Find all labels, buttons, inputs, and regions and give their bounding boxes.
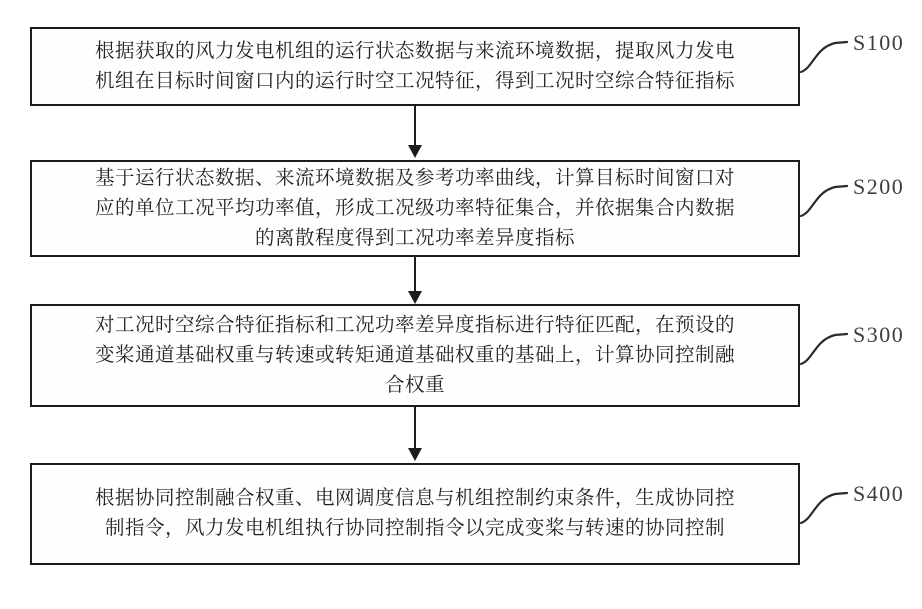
step-label-s100: S100 xyxy=(853,30,904,56)
arrow-shaft xyxy=(414,106,416,145)
step-text-line: 制指令，风力发电机组执行协同控制指令以完成变桨与转速的协同控制 xyxy=(105,514,725,544)
step-text-line: 的离散程度得到工况功率差异度指标 xyxy=(255,224,575,254)
step-label-s300: S300 xyxy=(853,322,904,348)
down-arrow-connector xyxy=(407,257,423,304)
arrow-head-icon xyxy=(408,145,422,158)
flow-step-box-s200: 基于运行状态数据、来流环境数据及参考功率曲线，计算目标时间窗口对 应的单位工况平… xyxy=(30,160,800,257)
step-text-line: 根据协同控制融合权重、电网调度信息与机组控制约束条件，生成协同控 xyxy=(95,484,735,514)
arrow-shaft xyxy=(414,407,416,448)
step-text-line: 应的单位工况平均功率值，形成工况级功率特征集合，并依据集合内数据 xyxy=(95,194,735,224)
arrow-shaft xyxy=(414,257,416,291)
arrow-head-icon xyxy=(408,291,422,304)
down-arrow-connector xyxy=(407,106,423,158)
step-label-s400: S400 xyxy=(853,481,904,507)
arrow-head-icon xyxy=(408,448,422,461)
flow-step-box-s100: 根据获取的风力发电机组的运行状态数据与来流环境数据，提取风力发电 机组在目标时间… xyxy=(30,27,800,106)
leader-line-s100 xyxy=(799,36,851,74)
flowchart-figure: 根据获取的风力发电机组的运行状态数据与来流环境数据，提取风力发电 机组在目标时间… xyxy=(0,0,922,609)
leader-line-s400 xyxy=(799,487,851,525)
step-text-line: 变桨通道基础权重与转速或转矩通道基础权重的基础上，计算协同控制融 xyxy=(95,341,735,371)
step-text-line: 机组在目标时间窗口内的运行时空工况特征，得到工况时空综合特征指标 xyxy=(95,67,735,97)
down-arrow-connector xyxy=(407,407,423,461)
leader-line-s200 xyxy=(799,180,851,218)
step-text-line: 合权重 xyxy=(385,371,445,401)
flow-step-box-s300: 对工况时空综合特征指标和工况功率差异度指标进行特征匹配，在预设的 变桨通道基础权… xyxy=(30,304,800,407)
step-text-line: 基于运行状态数据、来流环境数据及参考功率曲线，计算目标时间窗口对 xyxy=(95,164,735,194)
leader-line-s300 xyxy=(799,328,851,366)
flow-step-box-s400: 根据协同控制融合权重、电网调度信息与机组控制约束条件，生成协同控 制指令，风力发… xyxy=(30,463,800,565)
step-text-line: 对工况时空综合特征指标和工况功率差异度指标进行特征匹配，在预设的 xyxy=(95,311,735,341)
step-text-line: 根据获取的风力发电机组的运行状态数据与来流环境数据，提取风力发电 xyxy=(95,37,735,67)
step-label-s200: S200 xyxy=(853,174,904,200)
